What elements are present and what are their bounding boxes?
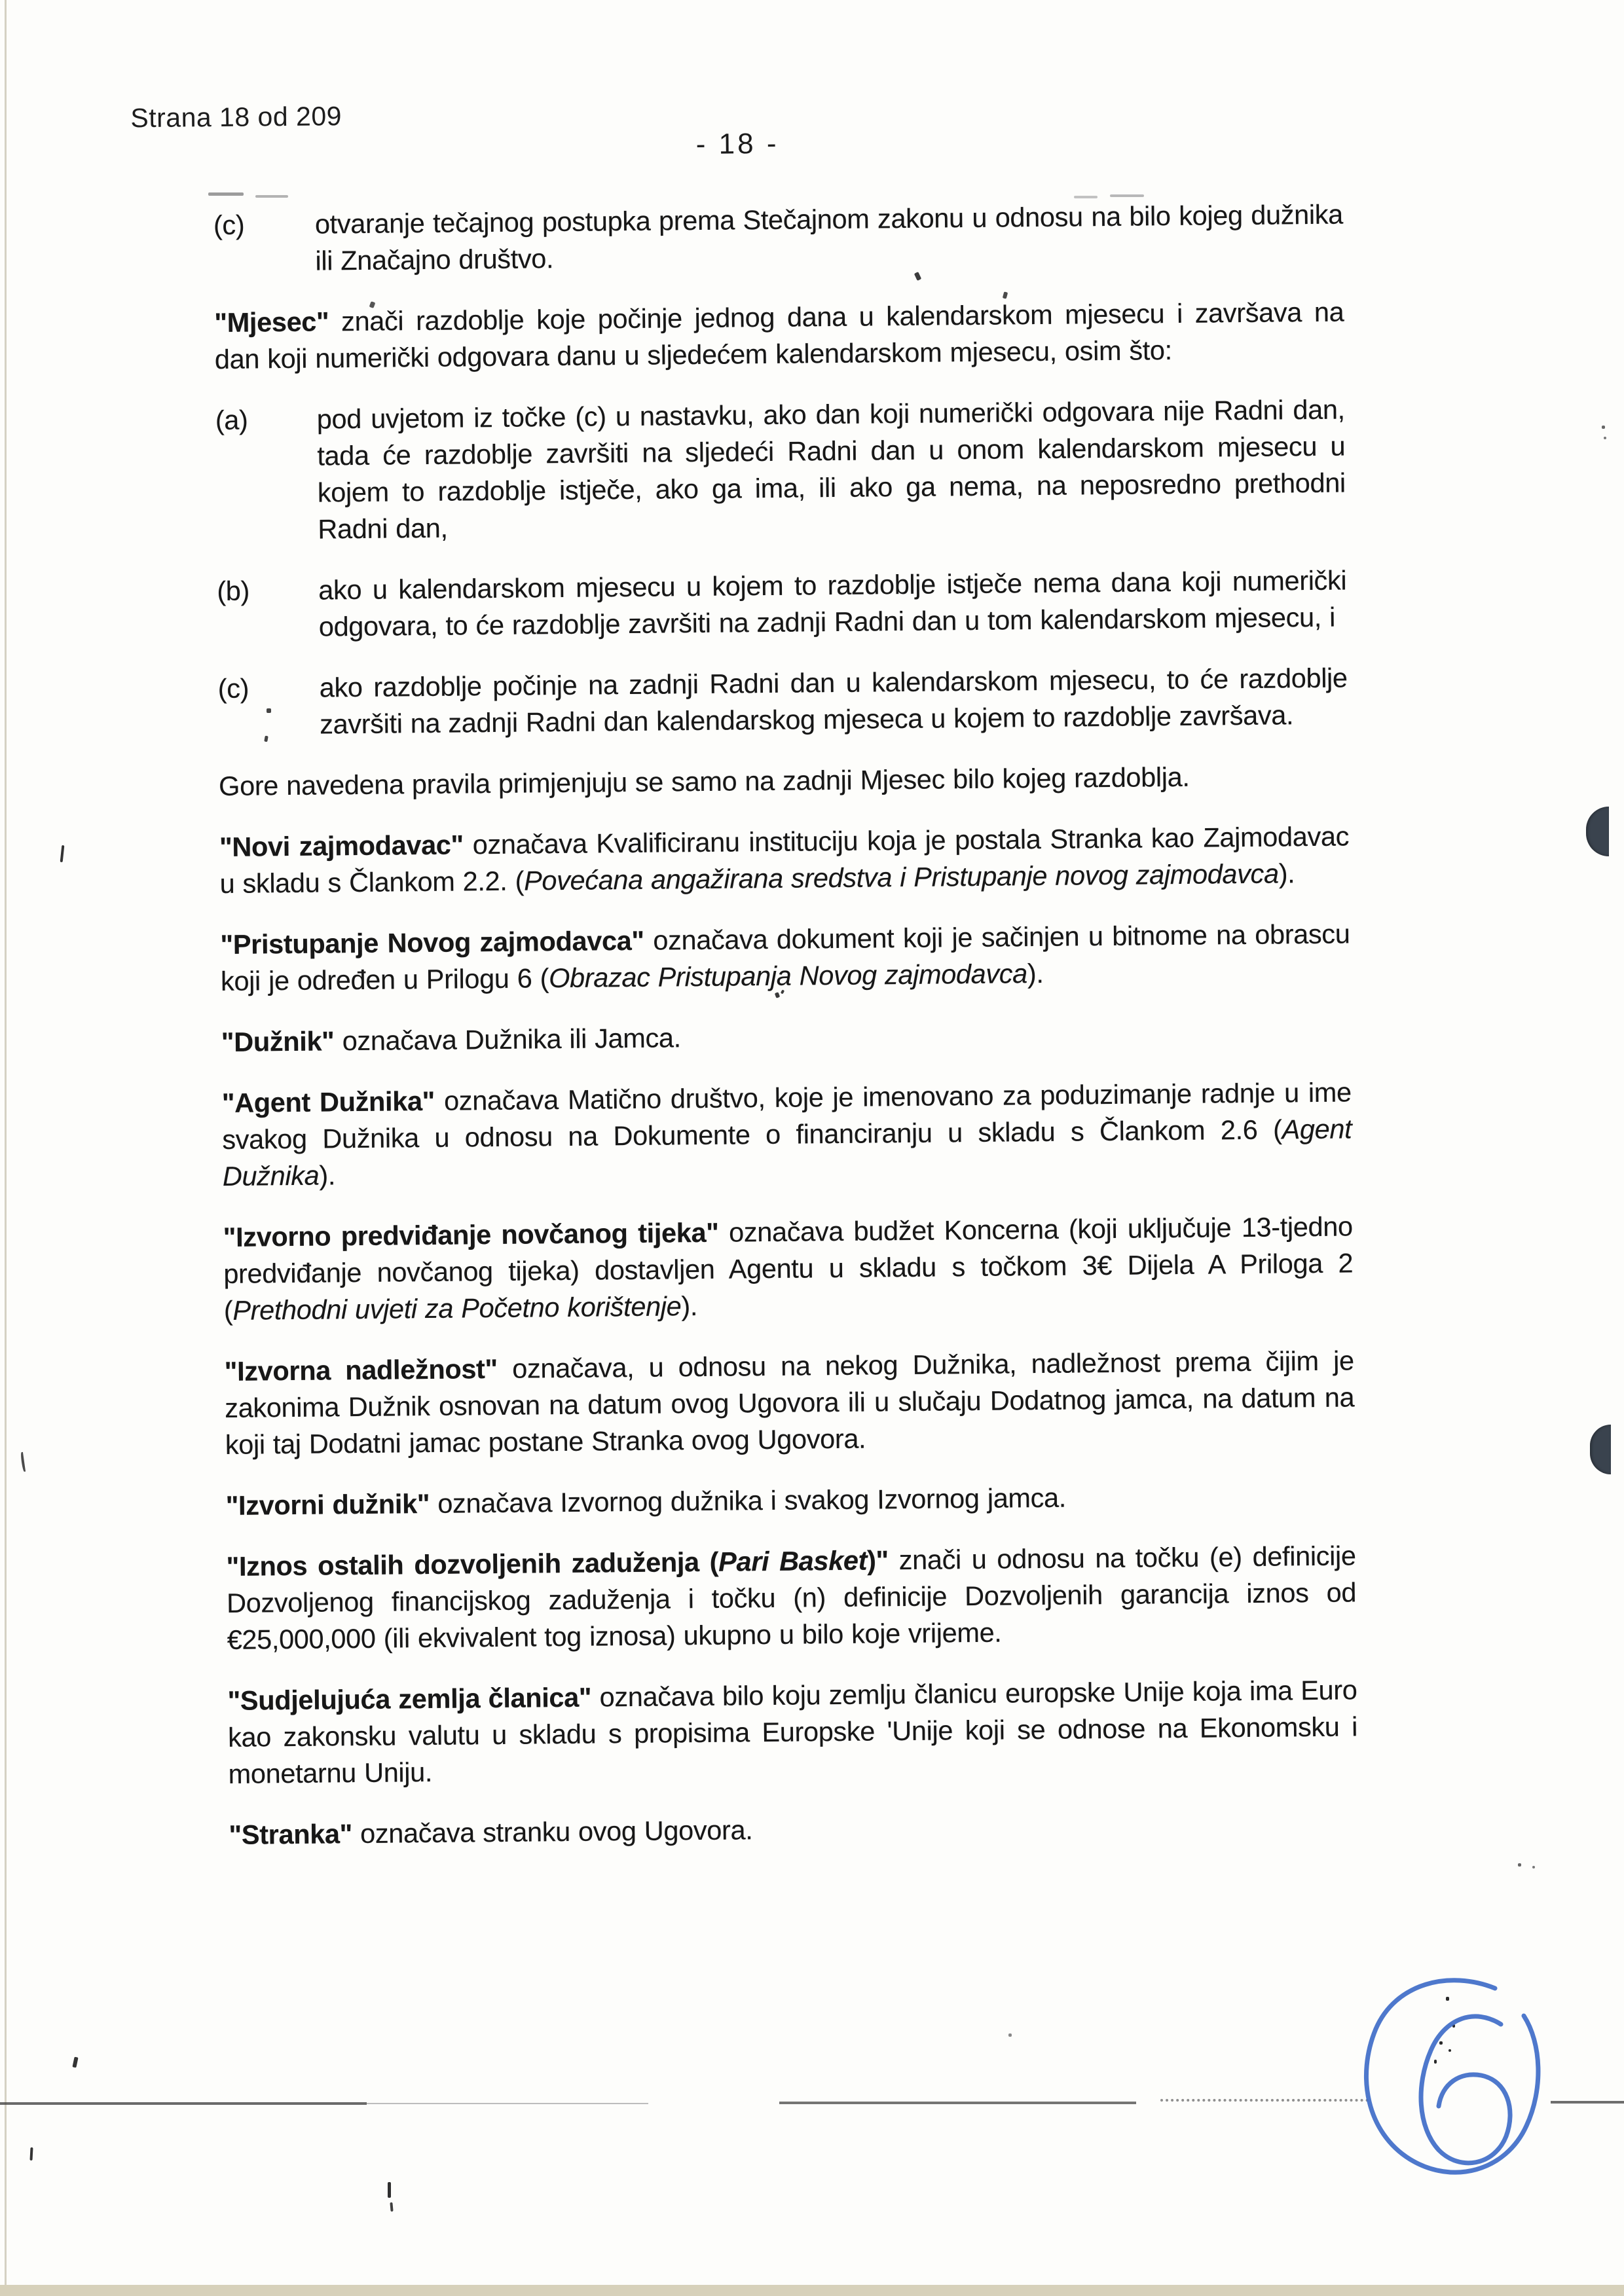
item-label: (c) [213, 206, 316, 280]
page-number: - 18 - [696, 128, 779, 161]
handwritten-digit-six [1421, 2016, 1510, 2163]
page-header: Strana 18 od 209 [130, 101, 342, 134]
printed-content: Strana 18 od 209 - 18 - (c)otvaranje teč… [0, 0, 1624, 2296]
item-label: (b) [217, 572, 319, 646]
list-item: (a)pod uvjetom iz točke (c) u nastavku, … [215, 392, 1346, 549]
paragraph-text: "Stranka" označava stranku ovog Ugovora. [229, 1806, 1358, 1853]
paragraph: "Dužnik" označava Dužnika ili Jamca. [221, 1013, 1351, 1061]
smudge-dash [208, 192, 244, 196]
ink-speck [1532, 1866, 1535, 1868]
paragraph-text: "Iznos ostalih dozvoljenih zaduženja (Pa… [226, 1537, 1357, 1658]
paragraph-text: "Izvorno predviđanje novčanog tijeka" oz… [223, 1208, 1354, 1329]
handwritten-circle-mark: 6 [1346, 1961, 1549, 2183]
paragraph-text: "Pristupanje Novog zajmodavca" označava … [220, 915, 1350, 1000]
paragraph-text: ako razdoblje počinje na zadnji Radni da… [319, 659, 1348, 742]
list-item: (c)ako razdoblje počinje na zadnji Radni… [217, 659, 1348, 744]
scan-fold-line [1160, 2099, 1369, 2102]
scan-fold-line [779, 2102, 1136, 2104]
ink-speck [1518, 1863, 1521, 1867]
paragraph-text: pod uvjetom iz točke (c) u nastavku, ako… [317, 392, 1346, 548]
handwritten-circle [1366, 1980, 1538, 2172]
paragraph: "Iznos ostalih dozvoljenih zaduženja (Pa… [226, 1537, 1357, 1658]
scan-edge-line [5, 0, 7, 2296]
ink-speck [388, 2182, 391, 2198]
paragraph: "Sudjelujuća zemlja članica" označava bi… [227, 1671, 1358, 1793]
paragraph: "Pristupanje Novog zajmodavca" označava … [220, 915, 1350, 1000]
paragraph-text: otvaranje tečajnog postupka prema Stečaj… [315, 196, 1344, 280]
scan-fold-line [1551, 2101, 1624, 2104]
paragraph-text: ako u kalendarskom mjesecu u kojem to ra… [318, 562, 1347, 645]
ink-speck [1008, 2033, 1012, 2037]
scan-bottom-strip [0, 2285, 1624, 2296]
scanned-document-page: Strana 18 od 209 - 18 - (c)otvaranje teč… [0, 0, 1624, 2296]
paragraph-text: "Izvorni dužnik" označava Izvornog dužni… [225, 1476, 1355, 1524]
paragraph: "Izvorno predviđanje novčanog tijeka" oz… [223, 1208, 1354, 1329]
scan-fold-line [367, 2103, 648, 2104]
paragraph: Gore navedena pravila primjenjuju se sam… [219, 757, 1348, 805]
paragraph: "Izvorna nadležnost" označava, u odnosu … [224, 1342, 1355, 1463]
smudge-dash [1110, 194, 1144, 197]
scan-fold-line [0, 2102, 367, 2105]
ink-speck [1604, 437, 1606, 439]
item-label: (a) [215, 401, 318, 549]
list-item: (c)otvaranje tečajnog postupka prema Ste… [213, 196, 1344, 281]
ink-speck [1602, 426, 1605, 429]
smudge-dash [255, 195, 288, 198]
ink-speck [267, 708, 271, 713]
paragraph: "Mjesec" znači razdoblje koje počinje je… [214, 294, 1344, 378]
paragraph: "Novi zajmodavac" označava Kvalificiranu… [219, 818, 1350, 902]
paragraph-text: "Novi zajmodavac" označava Kvalificiranu… [219, 818, 1350, 902]
paragraph: "Stranka" označava stranku ovog Ugovora. [229, 1806, 1358, 1853]
list-item: (b)ako u kalendarskom mjesecu u kojem to… [217, 562, 1347, 646]
paragraph: "Agent Dužnika" označava Matično društvo… [222, 1074, 1353, 1195]
paragraph-text: "Dužnik" označava Dužnika ili Jamca. [221, 1013, 1351, 1061]
paragraph: "Izvorni dužnik" označava Izvornog dužni… [225, 1476, 1355, 1524]
paragraph-text: Gore navedena pravila primjenjuju se sam… [219, 757, 1348, 805]
item-label: (c) [217, 670, 320, 744]
paragraph-text: "Sudjelujuća zemlja članica" označava bi… [227, 1671, 1358, 1793]
paragraph-text: "Mjesec" znači razdoblje koje počinje je… [214, 294, 1344, 378]
paragraph-text: "Agent Dužnika" označava Matično društvo… [222, 1074, 1353, 1195]
paragraph-text: "Izvorna nadležnost" označava, u odnosu … [224, 1342, 1355, 1463]
smudge-dash [1074, 196, 1098, 198]
document-body: (c)otvaranje tečajnog postupka prema Ste… [213, 196, 1359, 1878]
